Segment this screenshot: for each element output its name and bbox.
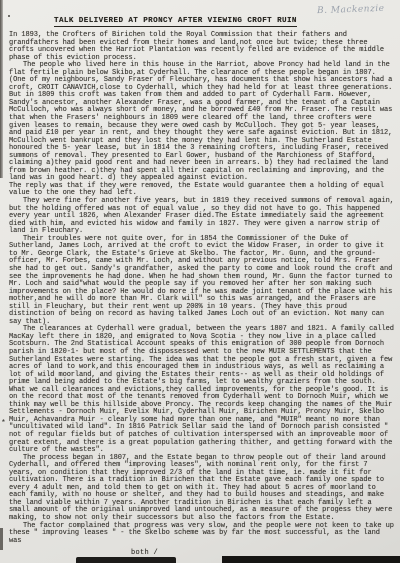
scan-shadow-bottom <box>222 556 400 563</box>
document-body: In 1893, the Crofters of Birichen told t… <box>0 30 400 558</box>
margin-asterisk-mark: * <box>1 419 6 428</box>
document-title: TALK DELIVERED AT PRONCY AFTER VIEWING C… <box>54 17 297 27</box>
paragraph-muir-settlements: The clearances at Cyderhall were gradual… <box>9 326 394 454</box>
document-header: TALK DELIVERED AT PRONCY AFTER VIEWING C… <box>0 0 400 30</box>
paragraph-eviction-intro: In 1893, the Crofters of Birichen told t… <box>9 32 394 62</box>
scan-edge-mark-left <box>0 528 3 550</box>
paragraph-estate-reply: The reply was that if they were removed,… <box>9 183 394 198</box>
paragraph-widow-fraser: Their troubles were not quite over, for … <box>9 236 394 327</box>
document-page: TALK DELIVERED AT PRONCY AFTER VIEWING C… <box>0 0 400 563</box>
handwritten-annotation: B. Mackenzie <box>316 4 384 16</box>
paragraph-factor-complaint: The factor complained that progress was … <box>9 523 394 546</box>
scan-shadow-bottom <box>76 557 176 563</box>
paragraph-removal-1819: They were fine for another five years, b… <box>9 198 394 236</box>
paragraph-improving-leases: The process began in 1807, and the Estat… <box>9 455 394 523</box>
paragraph-fraser-croft: The people who lived here in this house … <box>9 62 394 183</box>
